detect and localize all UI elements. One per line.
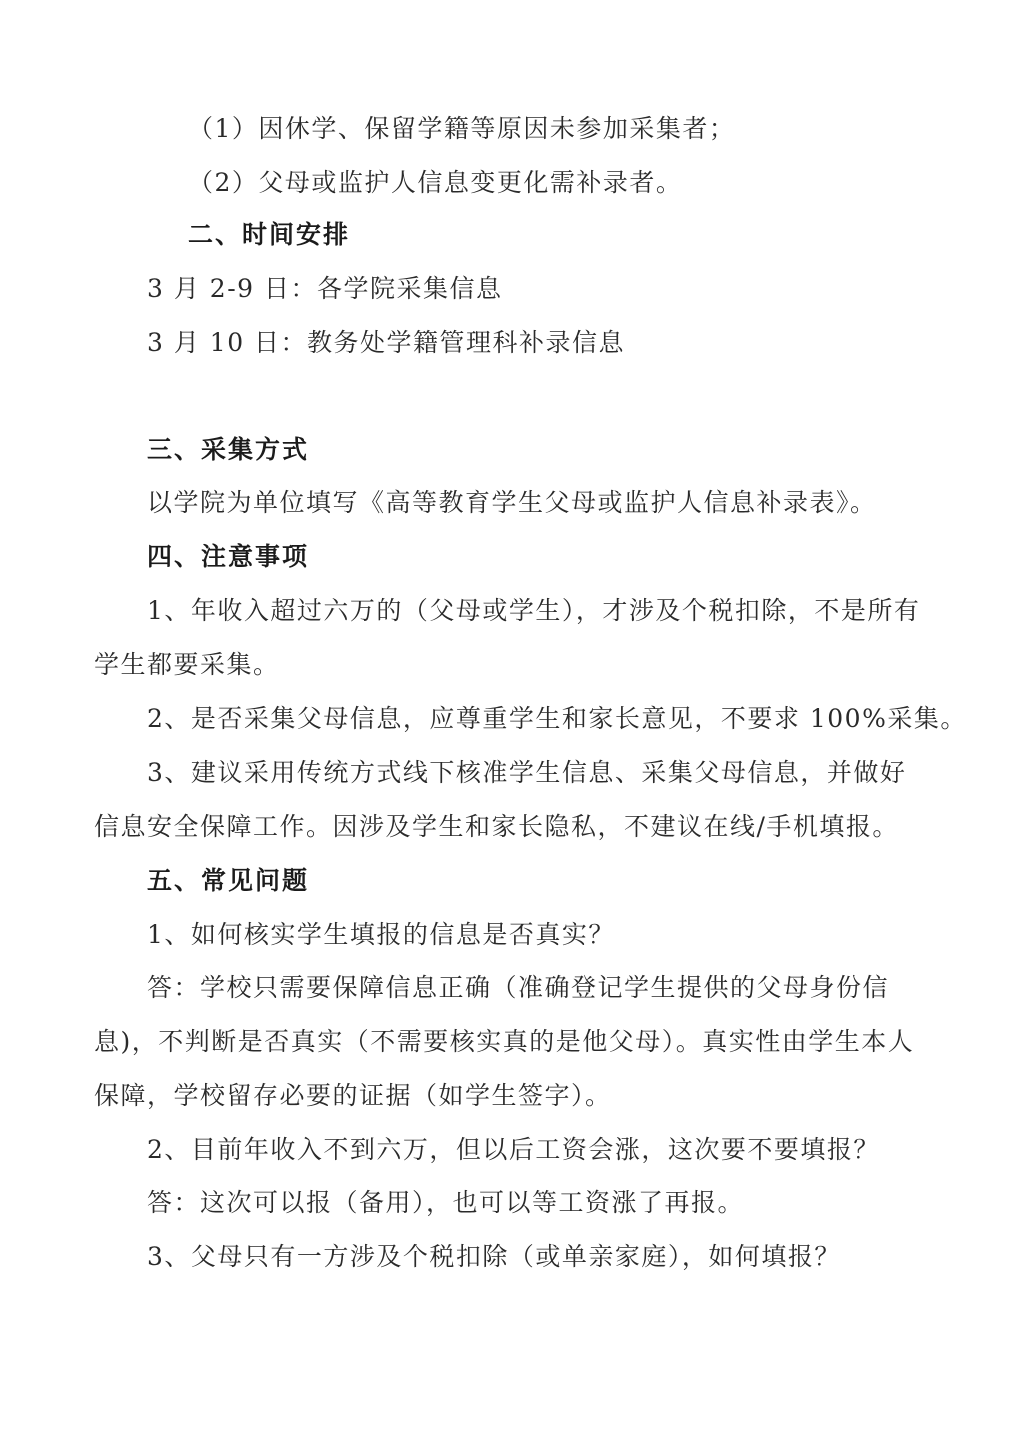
faq-answer-1-line-2: 息)，不判断是否真实（不需要核实真的是他父母）。真实性由学生本人	[94, 1028, 914, 1056]
faq-question-1: 1、如何核实学生填报的信息是否真实？	[147, 921, 615, 949]
document-page: （1）因休学、保留学籍等原因未参加采集者； （2）父母或监护人信息变更化需补录者…	[0, 0, 1024, 1448]
schedule-line-1: 3 月 2-9 日：各学院采集信息	[147, 275, 503, 303]
heading-time-schedule: 二、时间安排	[188, 221, 350, 249]
faq-answer-1-line-1: 答：学校只需要保障信息正确（准确登记学生提供的父母身份信	[147, 974, 889, 1002]
note-2-line: 2、是否采集父母信息，应尊重学生和家长意见，不要求 100%采集。	[147, 705, 967, 733]
note-3-line-1: 3、建议采用传统方式线下核准学生信息、采集父母信息，并做好	[147, 759, 906, 787]
heading-collection-method: 三、采集方式	[147, 436, 309, 464]
exclusion-item-1: （1）因休学、保留学籍等原因未参加采集者；	[188, 115, 735, 143]
note-1-line-2: 学生都要采集。	[94, 651, 280, 679]
note-3-line-2: 信息安全保障工作。因涉及学生和家长隐私，不建议在线/手机填报。	[94, 813, 899, 841]
heading-notes: 四、注意事项	[147, 543, 309, 571]
method-line: 以学院为单位填写《高等教育学生父母或监护人信息补录表》。	[147, 489, 877, 517]
faq-question-3: 3、父母只有一方涉及个税扣除（或单亲家庭），如何填报？	[147, 1243, 841, 1271]
heading-faq: 五、常见问题	[147, 867, 309, 895]
faq-answer-2: 答：这次可以报（备用），也可以等工资涨了再报。	[147, 1189, 744, 1217]
note-1-line-1: 1、年收入超过六万的（父母或学生），才涉及个税扣除，不是所有	[147, 597, 920, 625]
schedule-line-2: 3 月 10 日：教务处学籍管理科补录信息	[147, 329, 625, 357]
faq-answer-1-line-3: 保障，学校留存必要的证据（如学生签字）。	[94, 1082, 612, 1110]
exclusion-item-2: （2）父母或监护人信息变更化需补录者。	[188, 169, 682, 197]
faq-question-2: 2、目前年收入不到六万，但以后工资会涨，这次要不要填报？	[147, 1136, 880, 1164]
